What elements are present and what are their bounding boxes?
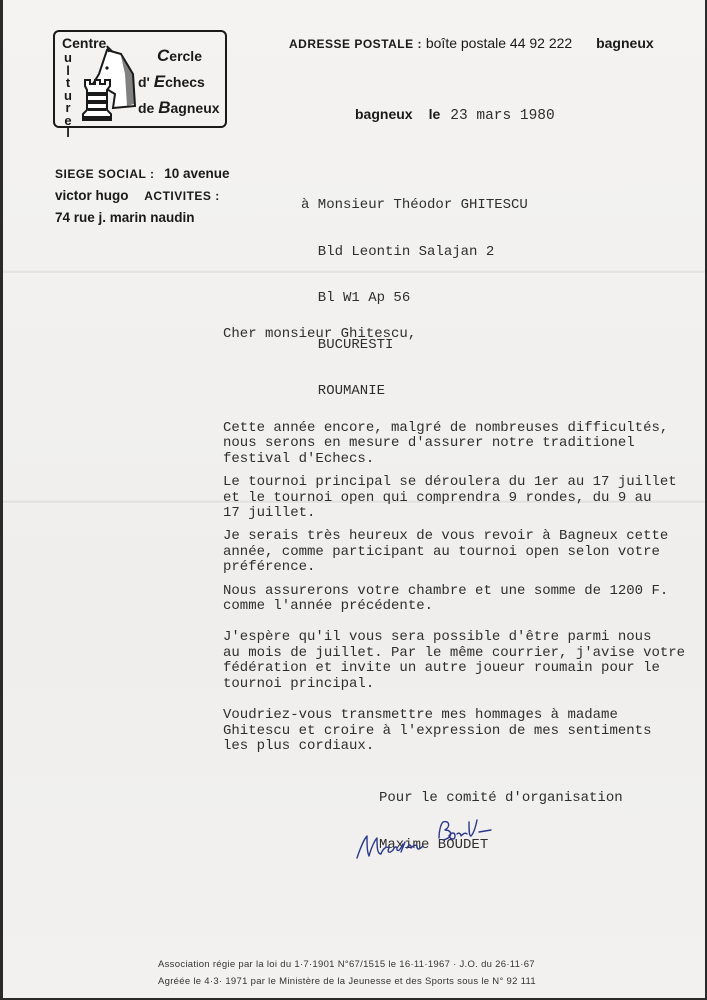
recipient-line: ROUMANIE	[301, 384, 528, 400]
handwritten-signature	[353, 808, 493, 868]
logo-line-echecs: d' Echecs	[138, 72, 205, 92]
postal-address: ADRESSE POSTALE : boîte postale 44 92 22…	[289, 35, 654, 51]
activites-value: 74 rue j. marin naudin	[55, 210, 195, 225]
logo-line-bagneux: de Bagneux	[138, 98, 220, 118]
recipient-line: Bl W1 Ap 56	[301, 291, 528, 307]
body-paragraph: Je serais très heureux de vous revoir à …	[223, 529, 705, 575]
dateline: bagneux le 23 mars 1980	[355, 106, 555, 124]
logo-culturel-vertical: u l t u r e l	[63, 52, 73, 140]
chess-knight-and-rook-icon	[77, 44, 139, 124]
postal-label: ADRESSE POSTALE :	[289, 37, 422, 51]
footer-line: Agréée le 4·3· 1971 par le Ministère de …	[158, 973, 536, 990]
recipient-address: à Monsieur Théodor GHITESCU Bld Leontin …	[301, 167, 528, 431]
logo-line-cercle: Cercle	[157, 46, 202, 66]
body-paragraph: J'espère qu'il vous sera possible d'être…	[223, 630, 705, 692]
siege-value-1: 10 avenue	[164, 166, 229, 181]
siege-value-2: victor hugo	[55, 188, 129, 203]
siege-label: SIEGE SOCIAL :	[55, 167, 154, 181]
body-paragraph: Nous assurerons votre chambre et une som…	[223, 584, 705, 615]
body-paragraph: Le tournoi principal se déroulera du 1er…	[223, 475, 705, 521]
postal-value: boîte postale 44 92 222	[426, 35, 572, 51]
activites-label: ACTIVITES :	[144, 189, 220, 203]
body-paragraph: Cette année encore, malgré de nombreuses…	[223, 421, 705, 467]
dateline-le: le	[429, 106, 441, 122]
body-paragraph: Voudriez-vous transmettre mes hommages à…	[223, 708, 705, 754]
legal-footer: Association régie par la loi du 1·7·1901…	[158, 956, 536, 990]
club-logo: Centre u l t u r e l Cercle d' Echecs de…	[53, 30, 227, 128]
salutation: Cher monsieur Ghitescu,	[223, 326, 416, 342]
letter-page: Centre u l t u r e l Cercle d' Echecs de…	[3, 0, 705, 998]
postal-city: bagneux	[596, 35, 654, 51]
dateline-city: bagneux	[355, 106, 413, 122]
recipient-line: à Monsieur Théodor GHITESCU	[301, 198, 528, 214]
letter-date: 23 mars 1980	[450, 108, 554, 124]
closing-line: Pour le comité d'organisation	[379, 791, 623, 807]
letter-body: Cette année encore, malgré de nombreuses…	[223, 421, 705, 762]
footer-line: Association régie par la loi du 1·7·1901…	[158, 956, 536, 973]
recipient-line: Bld Leontin Salajan 2	[301, 245, 528, 261]
siege-social-block: SIEGE SOCIAL : 10 avenue victor hugo ACT…	[55, 163, 230, 228]
